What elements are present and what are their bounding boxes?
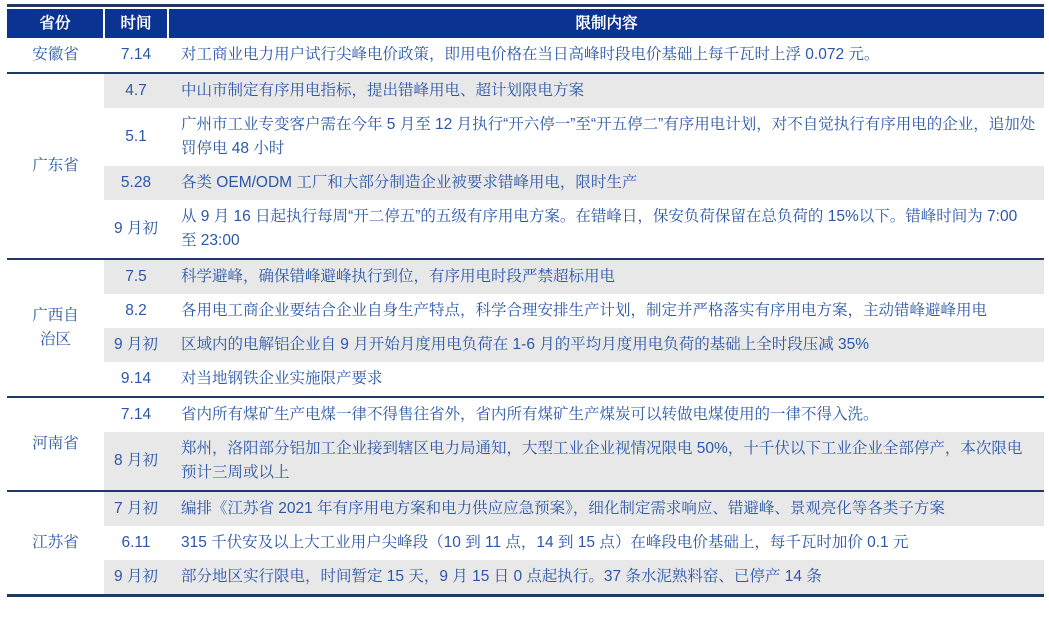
restriction-content-cell: 中山市制定有序用电指标，提出错峰用电、超计划限电方案 — [168, 73, 1044, 108]
time-cell: 7.14 — [104, 397, 168, 432]
province-cell: 河南省 — [7, 397, 104, 491]
time-cell: 6.11 — [104, 526, 168, 560]
table-row: 9.14 对当地钢铁企业实施限产要求 — [7, 362, 1044, 397]
province-cell: 安徽省 — [7, 38, 104, 73]
table-row: 广西自治区 7.5 科学避峰，确保错峰避峰执行到位，有序用电时段严禁超标用电 — [7, 259, 1044, 294]
province-label: 广西自治区 — [31, 304, 81, 352]
section-henan: 河南省 7.14 省内所有煤矿生产电煤一律不得售往省外，省内所有煤矿生产煤炭可以… — [7, 397, 1044, 491]
time-cell: 9.14 — [104, 362, 168, 397]
table-row: 9 月初 部分地区实行限电，时间暂定 15 天，9 月 15 日 0 点起执行。… — [7, 560, 1044, 594]
province-cell: 广西自治区 — [7, 259, 104, 397]
table-row: 8 月初 郑州，洛阳部分铝加工企业接到辖区电力局通知，大型工业企业视情况限电 5… — [7, 432, 1044, 491]
column-header-time: 时间 — [104, 9, 168, 38]
table-row: 5.28 各类 OEM/ODM 工厂和大部分制造企业被要求错峰用电，限时生产 — [7, 166, 1044, 200]
section-guangxi: 广西自治区 7.5 科学避峰，确保错峰避峰执行到位，有序用电时段严禁超标用电 8… — [7, 259, 1044, 397]
time-cell: 7.14 — [104, 38, 168, 73]
restriction-content-cell: 从 9 月 16 日起执行每周“开二停五”的五级有序用电方案。在错峰日，保安负荷… — [168, 200, 1044, 259]
time-cell: 5.1 — [104, 108, 168, 166]
restriction-content-cell: 315 千伏安及以上大工业用户尖峰段（10 到 11 点，14 到 15 点）在… — [168, 526, 1044, 560]
restriction-content-cell: 编排《江苏省 2021 年有序用电方案和电力供应应急预案》，细化制定需求响应、错… — [168, 491, 1044, 526]
restriction-content-cell: 郑州，洛阳部分铝加工企业接到辖区电力局通知，大型工业企业视情况限电 50%，十千… — [168, 432, 1044, 491]
table-row: 9 月初 从 9 月 16 日起执行每周“开二停五”的五级有序用电方案。在错峰日… — [7, 200, 1044, 259]
province-label: 安徽省 — [31, 43, 81, 67]
table-row: 9 月初 区域内的电解铝企业自 9 月开始月度用电负荷在 1-6 月的平均月度用… — [7, 328, 1044, 362]
province-label: 河南省 — [31, 432, 81, 456]
restriction-content-cell: 对当地钢铁企业实施限产要求 — [168, 362, 1044, 397]
column-header-province: 省份 — [7, 9, 104, 38]
restriction-content-cell: 各用电工商企业要结合企业自身生产特点，科学合理安排生产计划，制定并严格落实有序用… — [168, 294, 1044, 328]
time-cell: 7.5 — [104, 259, 168, 294]
restriction-content-cell: 广州市工业专变客户需在今年 5 月至 12 月执行“开六停一”至“开五停二”有序… — [168, 108, 1044, 166]
table-row: 8.2 各用电工商企业要结合企业自身生产特点，科学合理安排生产计划，制定并严格落… — [7, 294, 1044, 328]
section-jiangsu: 江苏省 7 月初 编排《江苏省 2021 年有序用电方案和电力供应应急预案》，细… — [7, 491, 1044, 594]
time-cell: 8.2 — [104, 294, 168, 328]
time-cell: 9 月初 — [104, 200, 168, 259]
column-header-restriction: 限制内容 — [168, 9, 1044, 38]
time-cell: 7 月初 — [104, 491, 168, 526]
bottom-rule — [7, 594, 1044, 597]
table-row: 广东省 4.7 中山市制定有序用电指标，提出错峰用电、超计划限电方案 — [7, 73, 1044, 108]
time-cell: 4.7 — [104, 73, 168, 108]
table-row: 江苏省 7 月初 编排《江苏省 2021 年有序用电方案和电力供应应急预案》，细… — [7, 491, 1044, 526]
restrictions-table: 省份 时间 限制内容 安徽省 7.14 对工商业电力用户试行尖峰电价政策，即用电… — [7, 9, 1044, 594]
restriction-content-cell: 科学避峰，确保错峰避峰执行到位，有序用电时段严禁超标用电 — [168, 259, 1044, 294]
table-row: 安徽省 7.14 对工商业电力用户试行尖峰电价政策，即用电价格在当日高峰时段电价… — [7, 38, 1044, 73]
restriction-content-cell: 部分地区实行限电，时间暂定 15 天，9 月 15 日 0 点起执行。37 条水… — [168, 560, 1044, 594]
province-label: 广东省 — [31, 154, 81, 178]
province-cell: 广东省 — [7, 73, 104, 259]
table-row: 6.11 315 千伏安及以上大工业用户尖峰段（10 到 11 点，14 到 1… — [7, 526, 1044, 560]
table-row: 河南省 7.14 省内所有煤矿生产电煤一律不得售往省外，省内所有煤矿生产煤炭可以… — [7, 397, 1044, 432]
province-label: 江苏省 — [31, 531, 81, 555]
time-cell: 8 月初 — [104, 432, 168, 491]
table-row: 5.1 广州市工业专变客户需在今年 5 月至 12 月执行“开六停一”至“开五停… — [7, 108, 1044, 166]
time-cell: 9 月初 — [104, 560, 168, 594]
time-cell: 5.28 — [104, 166, 168, 200]
province-cell: 江苏省 — [7, 491, 104, 594]
section-anhui: 安徽省 7.14 对工商业电力用户试行尖峰电价政策，即用电价格在当日高峰时段电价… — [7, 38, 1044, 73]
restriction-content-cell: 各类 OEM/ODM 工厂和大部分制造企业被要求错峰用电，限时生产 — [168, 166, 1044, 200]
restriction-content-cell: 对工商业电力用户试行尖峰电价政策，即用电价格在当日高峰时段电价基础上每千瓦时上浮… — [168, 38, 1044, 73]
top-rule — [7, 4, 1044, 7]
table-header: 省份 时间 限制内容 — [7, 9, 1044, 38]
restriction-content-cell: 省内所有煤矿生产电煤一律不得售往省外，省内所有煤矿生产煤炭可以转做电煤使用的一律… — [168, 397, 1044, 432]
section-guangdong: 广东省 4.7 中山市制定有序用电指标，提出错峰用电、超计划限电方案 5.1 广… — [7, 73, 1044, 259]
restriction-content-cell: 区域内的电解铝企业自 9 月开始月度用电负荷在 1-6 月的平均月度用电负荷的基… — [168, 328, 1044, 362]
header-row: 省份 时间 限制内容 — [7, 9, 1044, 38]
page: 省份 时间 限制内容 安徽省 7.14 对工商业电力用户试行尖峰电价政策，即用电… — [0, 0, 1049, 641]
time-cell: 9 月初 — [104, 328, 168, 362]
